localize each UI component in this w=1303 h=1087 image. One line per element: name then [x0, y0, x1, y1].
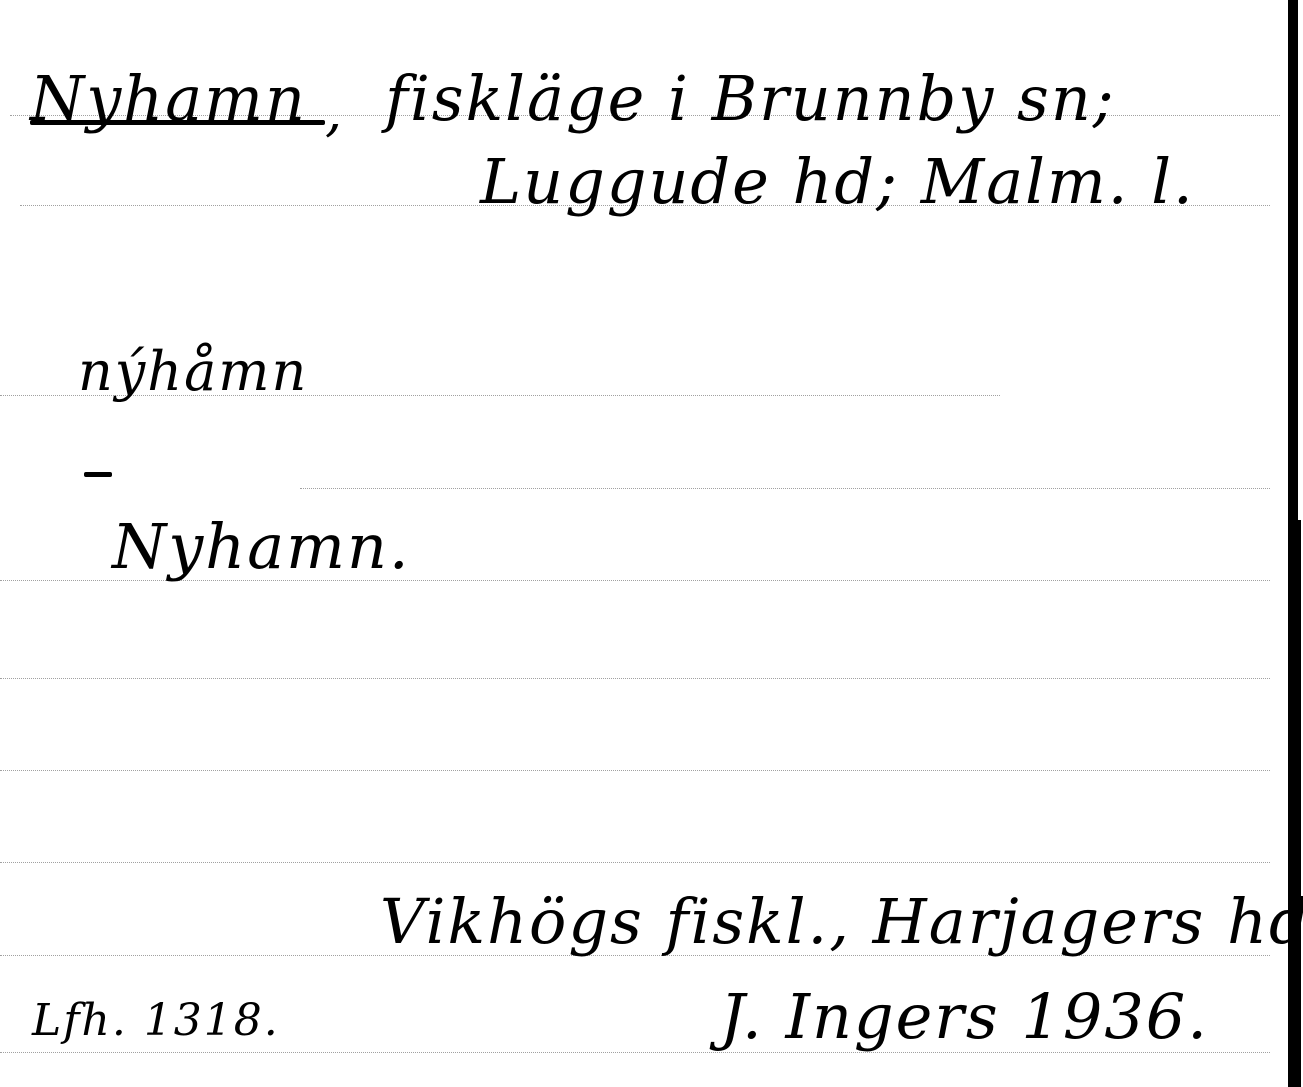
ruled-line — [0, 770, 1270, 771]
index-card: Nyhamn , fiskläge i Brunnby sn; Luggude … — [0, 0, 1303, 1087]
ruled-line — [0, 678, 1270, 679]
description-line-1: fiskläge i Brunnby sn; — [385, 62, 1116, 135]
ruled-line — [300, 488, 1270, 489]
description-line-2: Luggude hd; Malm. l. — [480, 145, 1195, 218]
reference-number: Lfh. 1318. — [32, 995, 280, 1046]
macron-mark — [84, 472, 112, 477]
source-line-1: Vikhögs fiskl., Harjagers hd. — [380, 885, 1303, 958]
phonetic-transcription: nýhåmn — [78, 340, 308, 403]
headword-underline — [30, 120, 325, 125]
source-line-2: J. Ingers 1936. — [720, 980, 1209, 1053]
headword-comma: , — [325, 80, 344, 143]
card-edge — [1288, 0, 1298, 1087]
card-edge-shadow — [1298, 520, 1301, 1087]
local-form: Nyhamn. — [112, 510, 411, 583]
ruled-line — [0, 862, 1270, 863]
